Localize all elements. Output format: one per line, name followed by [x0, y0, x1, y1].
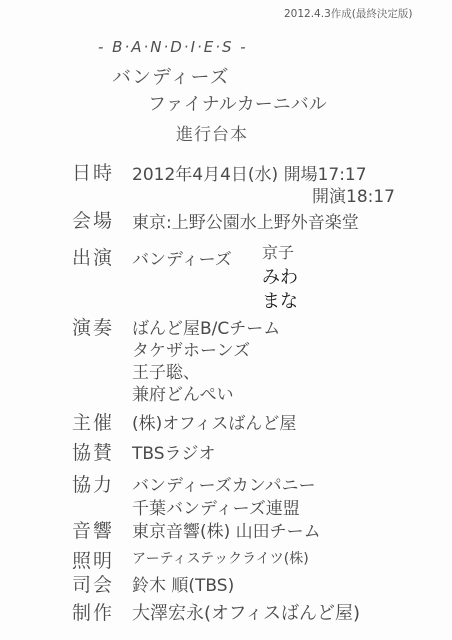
- value-venue: 東京:上野公園水上野外音楽堂: [132, 208, 359, 233]
- value-organizer: (株)オフィスばんど屋: [132, 409, 296, 434]
- label-music: 演奏: [72, 313, 114, 340]
- label-sound: 音響: [72, 516, 114, 543]
- title-english: - B·A·N·D·I·E·S -: [98, 38, 248, 56]
- script-page: 2012.4.3作成(最終決定版) - B·A·N·D·I·E·S - バンディ…: [0, 0, 452, 640]
- value-lighting: アーティステックライツ(株): [132, 548, 309, 568]
- label-organizer: 主催: [72, 408, 114, 435]
- member-miwa: みわ: [262, 263, 298, 289]
- label-datetime: 日時: [72, 158, 114, 185]
- value-music-4: 兼府どんぺい: [132, 380, 234, 405]
- member-kyoko: 京子: [262, 240, 294, 263]
- label-host: 司会: [72, 570, 114, 597]
- value-host: 鈴木 順(TBS): [132, 571, 234, 596]
- label-production: 制作: [72, 598, 114, 625]
- value-sound: 東京音響(株) 山田チーム: [132, 517, 321, 542]
- subtitle-document-type: 進行台本: [176, 120, 248, 145]
- label-lighting: 照明: [72, 546, 114, 573]
- subtitle-event: ファイナルカーニバル: [148, 90, 327, 116]
- value-cooperation-2: 千葉バンディーズ連盟: [132, 494, 300, 519]
- date-note: 2012.4.3作成(最終決定版): [284, 6, 412, 21]
- label-cooperation: 協力: [72, 470, 114, 497]
- label-venue: 会場: [72, 206, 114, 233]
- title-japanese: バンディーズ: [112, 62, 230, 89]
- value-production: 大澤宏永(オフィスばんど屋): [132, 599, 360, 625]
- value-performers: バンディーズ: [132, 245, 232, 270]
- label-sponsor: 協賛: [72, 438, 114, 465]
- value-sponsor: TBSラジオ: [132, 439, 216, 464]
- label-performers: 出演: [72, 243, 114, 270]
- value-start-time: 開演18:17: [312, 182, 395, 207]
- member-mana: まな: [262, 287, 298, 313]
- value-cooperation-1: バンディーズカンパニー: [132, 471, 316, 496]
